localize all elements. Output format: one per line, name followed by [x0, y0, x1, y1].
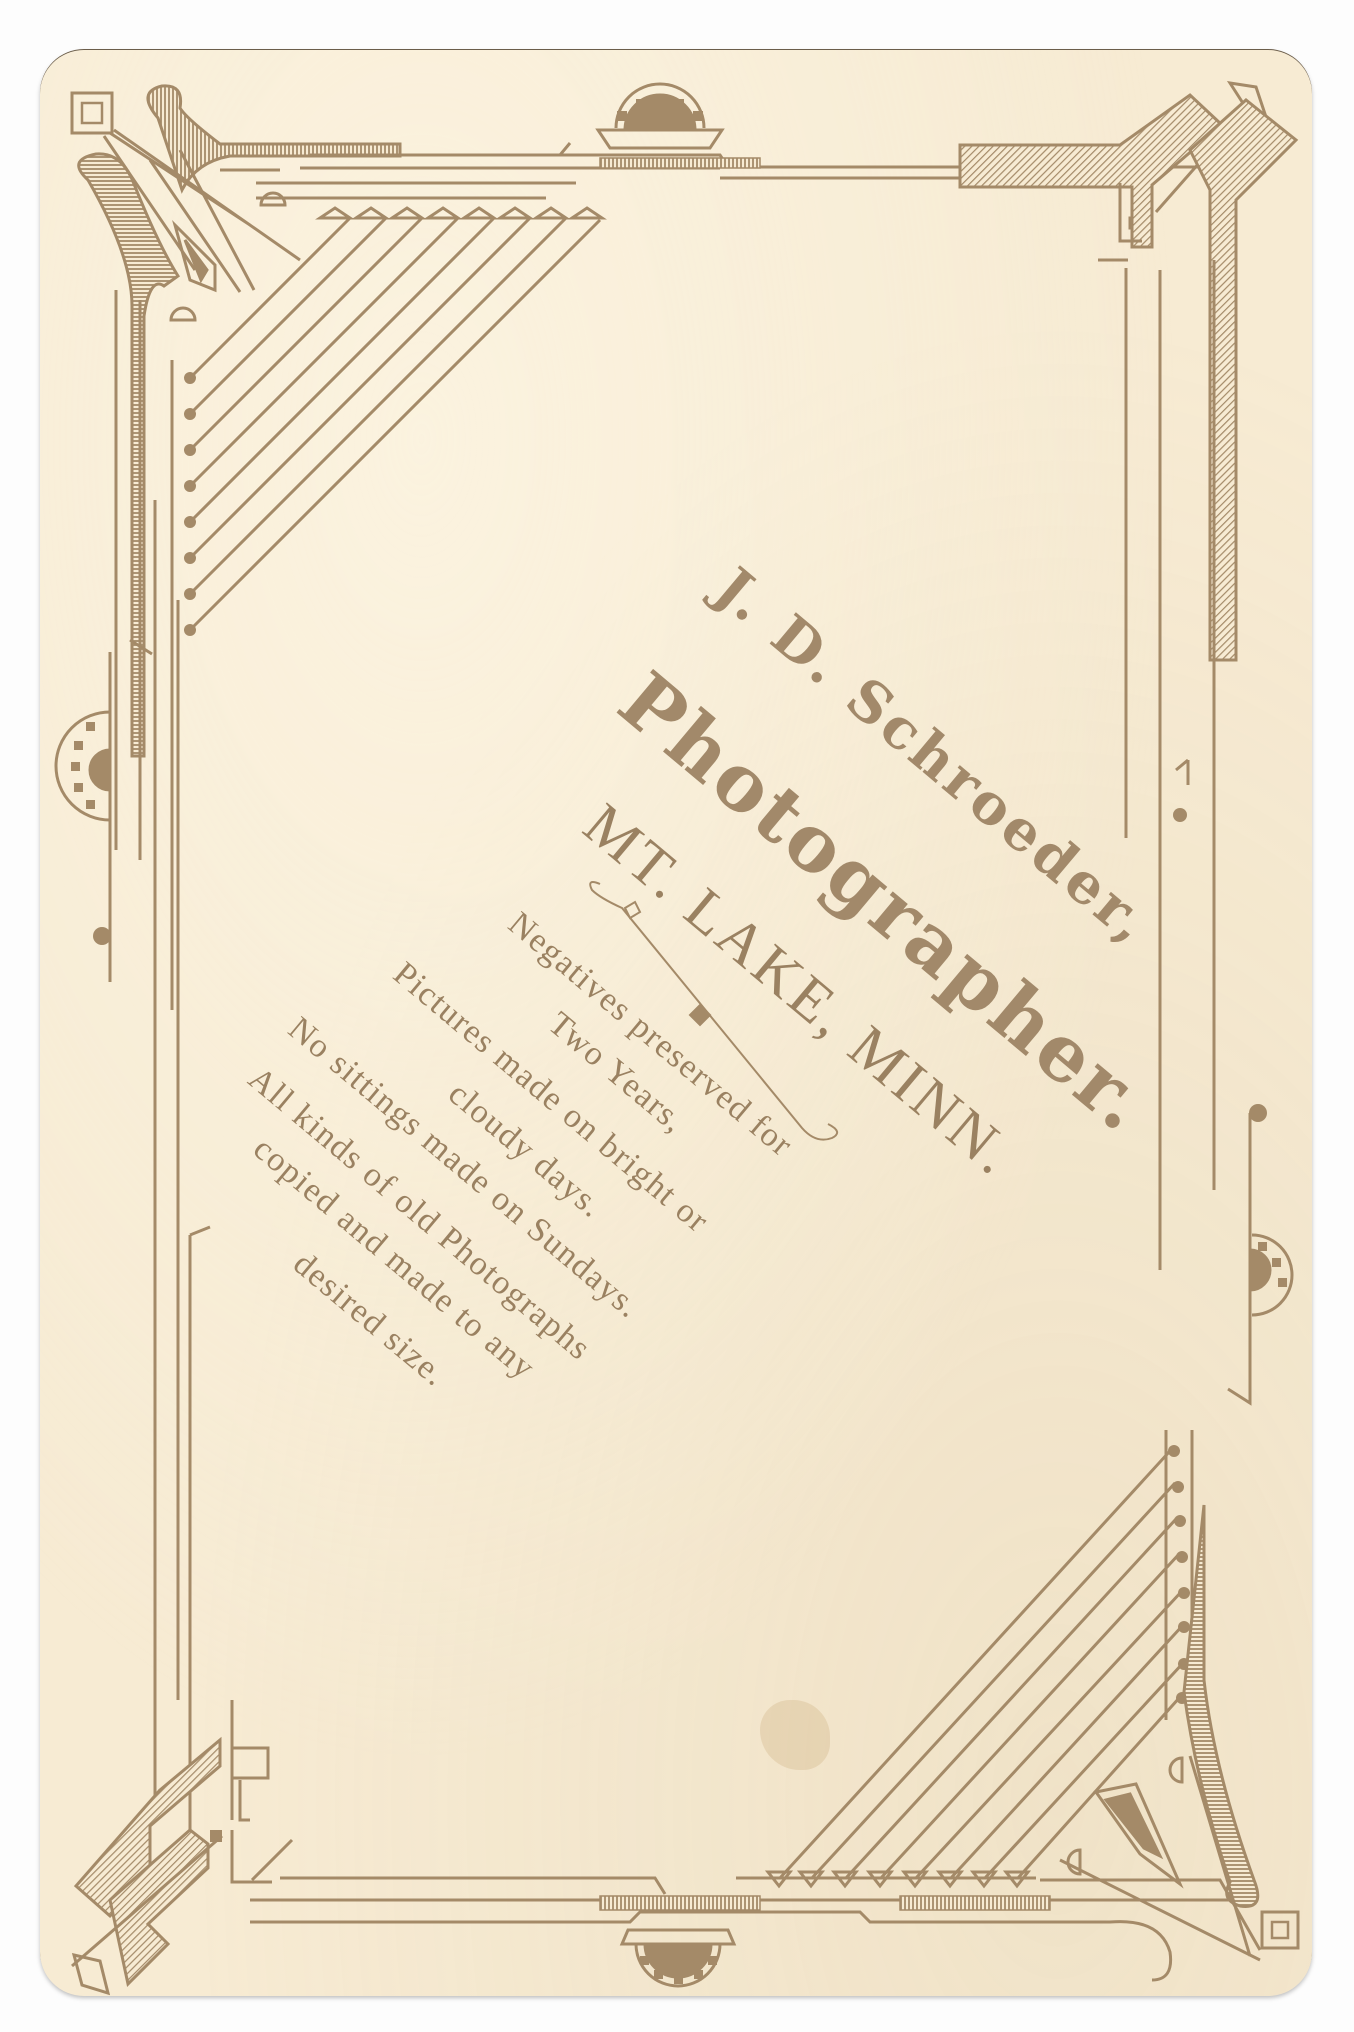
photographer-imprint: J. D. Schroeder, Photographer. MT. LAKE,… — [0, 0, 1354, 2032]
